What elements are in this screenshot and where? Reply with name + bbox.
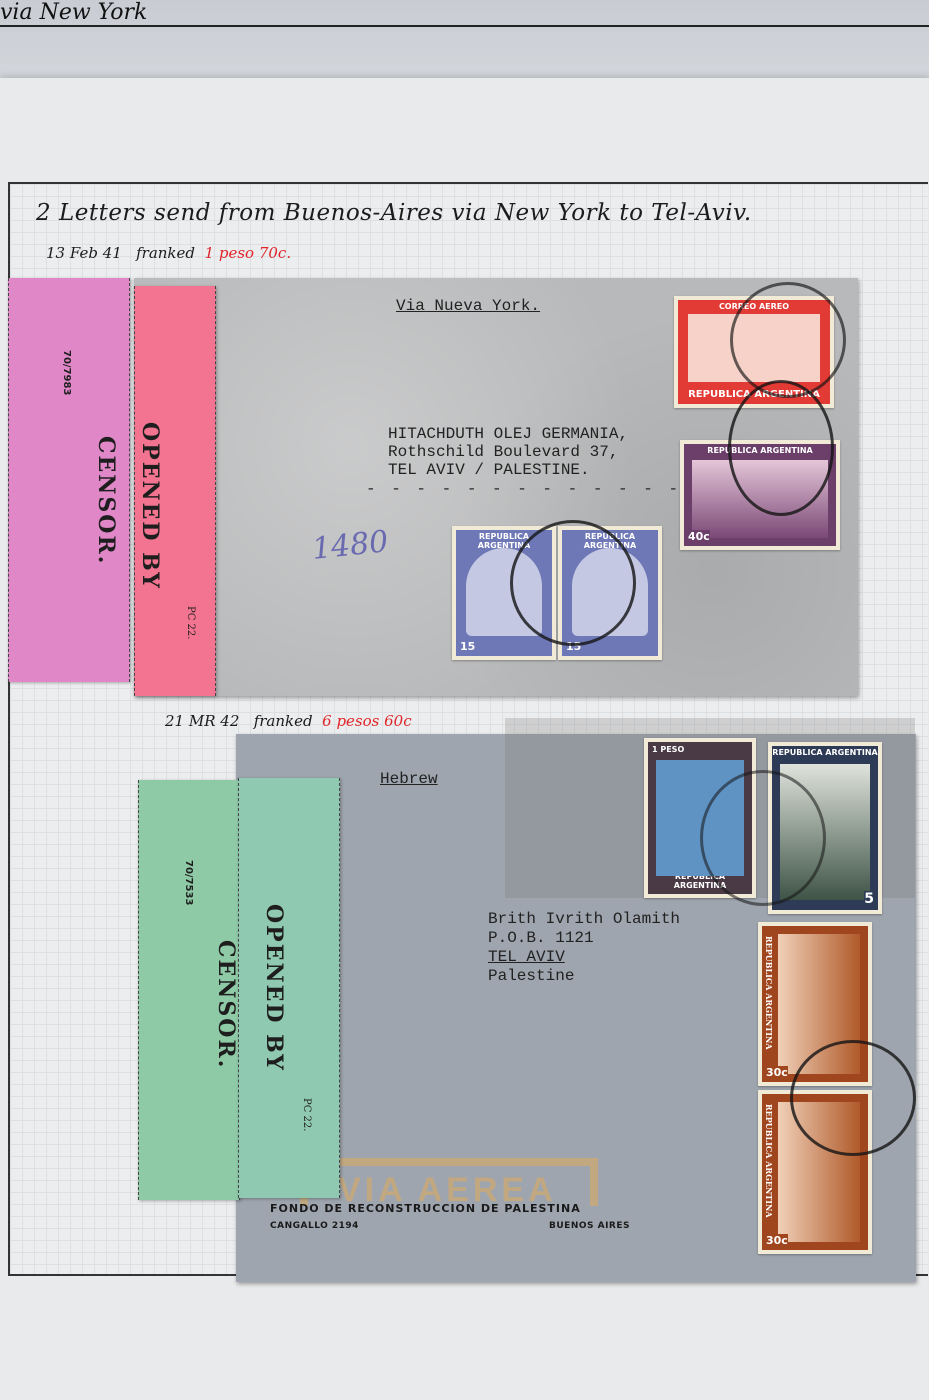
censor-label-green: 70/7533 CENSOR. <box>138 780 240 1200</box>
page-title: 2 Letters send from Buenos-Aires via New… <box>36 200 752 226</box>
stamp-header: REPUBLICA ARGENTINA <box>772 746 878 759</box>
cover-2-caption: 21 MR 42 franked 6 pesos 60c <box>165 712 412 730</box>
cover-1-address: HITACHDUTH OLEJ GERMANIA, Rothschild Bou… <box>388 425 628 479</box>
address-line: TEL AVIV / PALESTINE. <box>388 461 628 479</box>
opened-code: PC 22. <box>301 1098 312 1131</box>
cover-1-date: 13 Feb 41 <box>46 244 122 262</box>
opened-by-label-red: OPENED BY PC 22. <box>134 286 216 696</box>
cover-1-franked-label: franked <box>136 244 195 262</box>
postmark <box>728 380 834 516</box>
via-aerea-print: VIA AEREA <box>300 1158 598 1206</box>
stamp-value: 30c <box>766 1234 788 1247</box>
opened-by-text: OPENED BY <box>137 422 163 590</box>
cover-2-address: Brith Ivrith Olamith P.O.B. 1121 TEL AVI… <box>488 910 680 986</box>
cover-2-franking: 6 pesos 60c <box>322 712 411 730</box>
sender-imprint: FONDO DE RECONSTRUCCION DE PALESTINA CAN… <box>270 1202 630 1231</box>
postmark <box>790 1040 916 1156</box>
cover-1-dashes: - - - - - - - - - - - - - - <box>366 480 706 498</box>
address-line: P.O.B. 1121 <box>488 929 680 948</box>
postmark <box>510 520 636 646</box>
censor-label-pink: 70/7983 CENSOR. <box>8 278 130 682</box>
cover-1-caption: 13 Feb 41 franked 1 peso 70c. <box>46 244 291 262</box>
cover-1-routing: Via Nueva York. <box>396 297 540 315</box>
address-line: HITACHDUTH OLEJ GERMANIA, <box>388 425 628 443</box>
stamp-value: 40c <box>688 530 710 543</box>
cover-1-franking: 1 peso 70c. <box>205 244 292 262</box>
postmark <box>700 770 826 906</box>
sender-name: FONDO DE RECONSTRUCCION DE PALESTINA <box>270 1202 630 1215</box>
address-line: Brith Ivrith Olamith <box>488 910 680 929</box>
address-line: TEL AVIV <box>488 948 680 967</box>
opened-code: PC 22. <box>185 606 196 639</box>
stamp-value: 15 <box>460 640 475 653</box>
stamp-value: 5 <box>864 891 874 907</box>
address-line: Rothschild Boulevard 37, <box>388 443 628 461</box>
opened-by-label-green: OPENED BY PC 22. <box>238 778 340 1198</box>
sender-street: CANGALLO 2194 <box>270 1221 359 1231</box>
cover-2-routing: via New York <box>0 0 929 27</box>
cover-2-date: 21 MR 42 <box>165 712 239 730</box>
address-line: Palestine <box>488 967 680 986</box>
censor-number: 70/7983 <box>61 350 72 395</box>
stamp-value: 1 PESO <box>652 743 684 756</box>
censor-number: 70/7533 <box>183 860 194 905</box>
cover-2-franked-label: franked <box>254 712 313 730</box>
cover-2-routing-top: Hebrew <box>380 770 438 788</box>
opened-by-text: OPENED BY <box>261 904 287 1072</box>
sender-city: BUENOS AIRES <box>549 1221 630 1231</box>
censor-text: CENSOR. <box>213 940 239 1069</box>
censor-text: CENSOR. <box>93 436 119 565</box>
stamp-header: REPUBLICA ARGENTINA <box>764 936 774 1050</box>
stamp-value: 30c <box>766 1066 788 1079</box>
stamp-header: REPUBLICA ARGENTINA <box>764 1104 774 1218</box>
